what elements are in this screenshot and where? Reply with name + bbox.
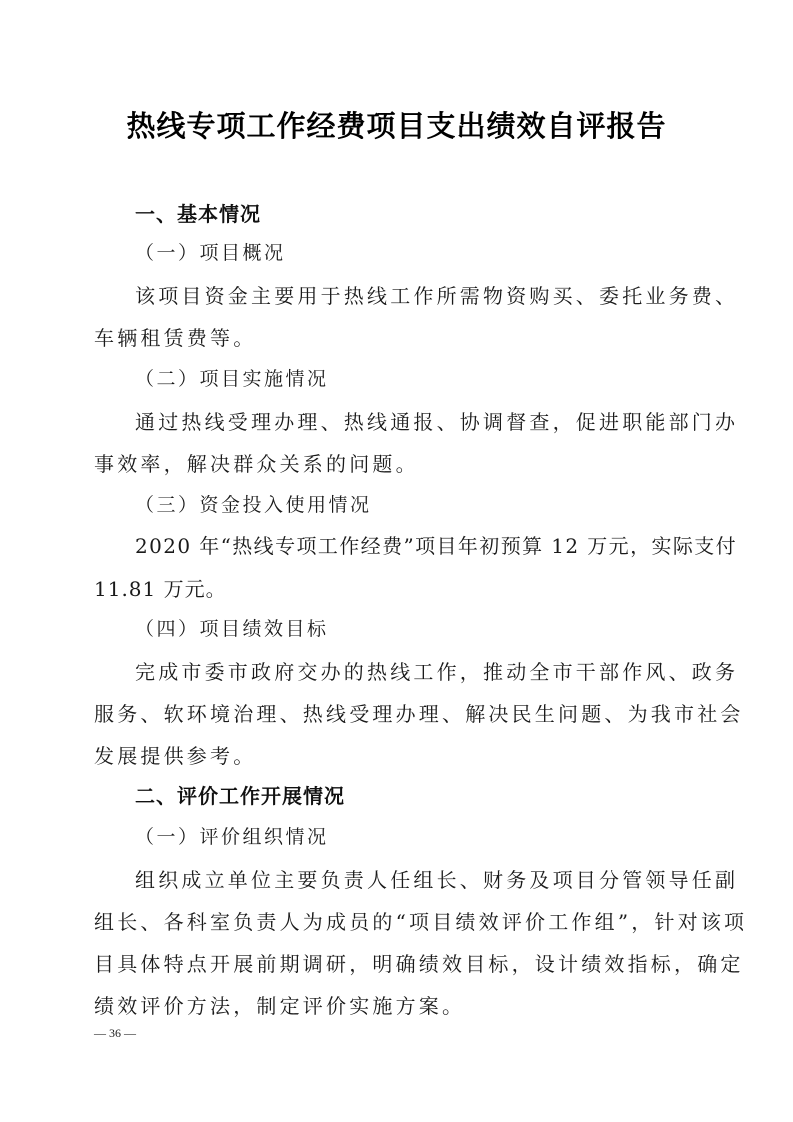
paragraph-line: 组长、各科室负责人为成员的“项目绩效评价工作组”，针对该项 — [94, 906, 747, 935]
paragraph-line: 事效率，解决群众关系的问题。 — [94, 448, 419, 477]
paragraph-line: 服务、软环境治理、热线受理办理、解决民生问题、为我市社会 — [94, 698, 744, 727]
subsection-heading-overview: （一）项目概况 — [135, 238, 286, 265]
paragraph-line: 该项目资金主要用于热线工作所需物资购买、委托业务费、 — [135, 280, 738, 309]
page-number: — 36 — — [94, 1026, 136, 1041]
document-title: 热线专项工作经费项目支出绩效自评报告 — [0, 104, 793, 145]
subsection-heading-organization: （一）评价组织情况 — [135, 822, 329, 849]
section-heading-basic-info: 一、基本情况 — [135, 198, 261, 227]
paragraph-line: 通过热线受理办理、热线通报、协调督查，促进职能部门办 — [135, 406, 738, 435]
subsection-heading-implementation: （二）项目实施情况 — [135, 364, 329, 391]
paragraph-line: 组织成立单位主要负责人任组长、财务及项目分管领导任副 — [135, 864, 738, 893]
paragraph-line: 11.81 万元。 — [94, 573, 227, 602]
paragraph-line: 发展提供参考。 — [94, 740, 256, 769]
paragraph-line: 绩效评价方法，制定评价实施方案。 — [94, 990, 465, 1019]
section-heading-evaluation: 二、评价工作开展情况 — [135, 780, 345, 809]
paragraph-line: 2020 年“热线专项工作经费”项目年初预算 12 万元，实际支付 — [135, 530, 737, 559]
subsection-heading-funding: （三）资金投入使用情况 — [135, 490, 372, 517]
paragraph-line: 车辆租赁费等。 — [94, 322, 256, 351]
subsection-heading-goals: （四）项目绩效目标 — [135, 614, 329, 641]
paragraph-line: 完成市委市政府交办的热线工作，推动全市干部作风、政务 — [135, 656, 738, 685]
paragraph-line: 目具体特点开展前期调研，明确绩效目标，设计绩效指标，确定 — [94, 948, 744, 977]
